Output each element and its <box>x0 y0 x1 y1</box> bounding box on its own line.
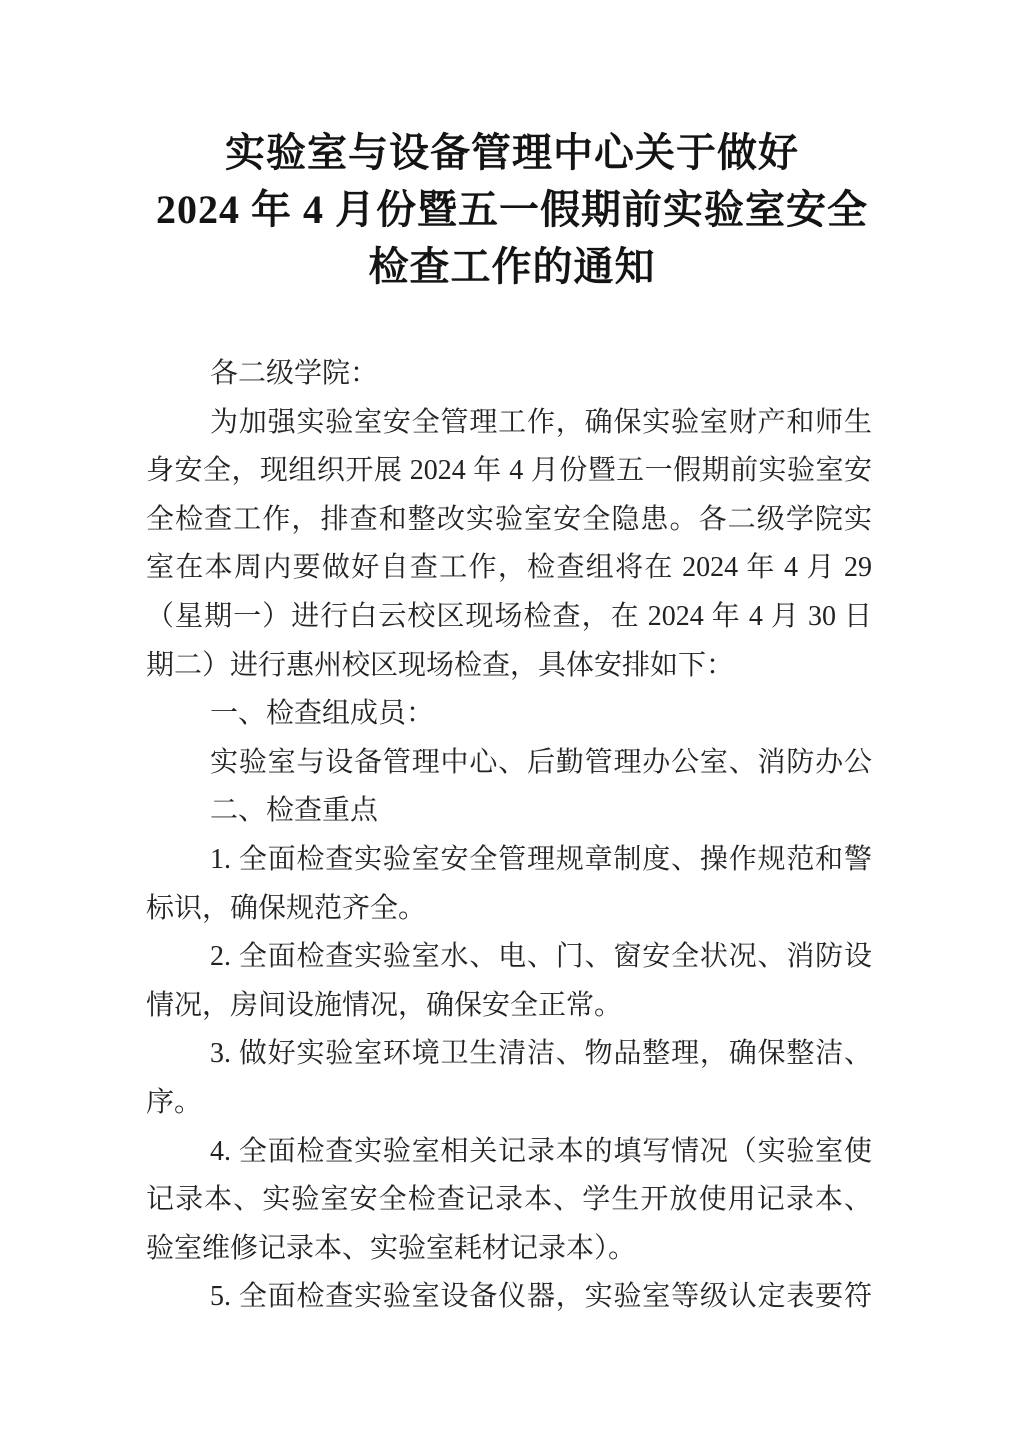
body-line: 为加强实验室安全管理工作，确保实验室财产和师生人 <box>146 399 872 448</box>
body-line: （星期一）进行白云校区现场检查，在 2024 年 4 月 30 日（星 <box>146 593 872 642</box>
body-line: 全检查工作，排查和整改实验室安全隐患。各二级学院实验 <box>146 496 872 545</box>
title-line-1: 实验室与设备管理中心关于做好 <box>0 124 1024 181</box>
body-line: 情况，房间设施情况，确保安全正常。 <box>146 982 872 1031</box>
title-line-3: 检查工作的通知 <box>0 238 1024 295</box>
body-line: 4. 全面检查实验室相关记录本的填写情况（实验室使用 <box>146 1128 872 1177</box>
body-line: 一、检查组成员： <box>146 690 872 739</box>
notice-title: 实验室与设备管理中心关于做好 2024 年 4 月份暨五一假期前实验室安全 检查… <box>0 0 1024 295</box>
body-line: 3. 做好实验室环境卫生清洁、物品整理，确保整洁、有 <box>146 1030 872 1079</box>
title-line-2: 2024 年 4 月份暨五一假期前实验室安全 <box>0 181 1024 238</box>
body-line: 各二级学院： <box>146 350 872 399</box>
body-line: 室在本周内要做好自查工作，检查组将在 2024 年 4 月 29 日 <box>146 544 872 593</box>
body-line: 二、检查重点 <box>146 787 872 836</box>
body-line: 5. 全面检查实验室设备仪器，实验室等级认定表要符合 <box>146 1273 872 1322</box>
body-line: 实验室与设备管理中心、后勤管理办公室、消防办公室。 <box>146 739 872 788</box>
document-page: 实验室与设备管理中心关于做好 2024 年 4 月份暨五一假期前实验室安全 检查… <box>0 0 1024 1448</box>
body-line: 期二）进行惠州校区现场检查，具体安排如下： <box>146 642 872 691</box>
body-line: 1. 全面检查实验室安全管理规章制度、操作规范和警示 <box>146 836 872 885</box>
body-line: 验室维修记录本、实验室耗材记录本）。 <box>146 1225 872 1274</box>
body-line: 序。 <box>146 1079 872 1128</box>
notice-body: 各二级学院：为加强实验室安全管理工作，确保实验室财产和师生人身安全，现组织开展 … <box>146 350 872 1322</box>
body-line: 标识，确保规范齐全。 <box>146 885 872 934</box>
body-line: 记录本、实验室安全检查记录本、学生开放使用记录本、实 <box>146 1176 872 1225</box>
body-line: 身安全，现组织开展 2024 年 4 月份暨五一假期前实验室安 <box>146 447 872 496</box>
body-line: 2. 全面检查实验室水、电、门、窗安全状况、消防设施 <box>146 933 872 982</box>
